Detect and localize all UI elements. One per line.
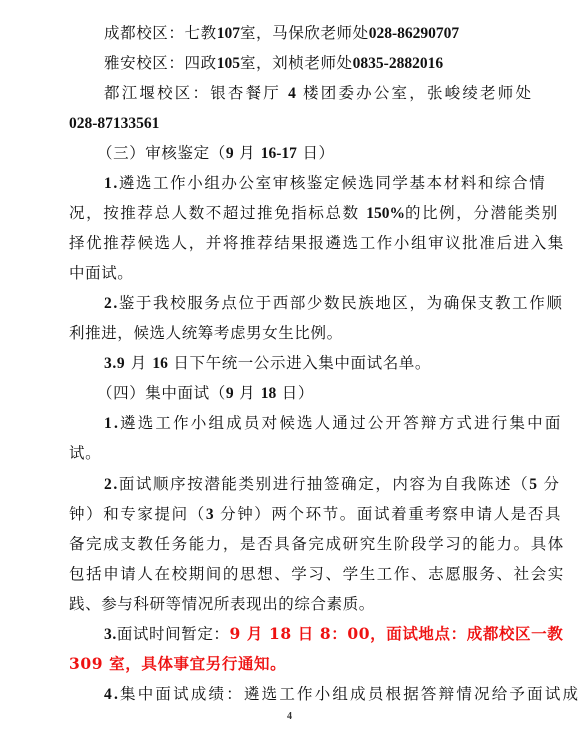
section4-item3-line1: 3.面试时间暂定：9 月 18 日 8：00，面试地点：成都校区一教 [104, 624, 563, 645]
heading-number: 9 [226, 385, 234, 402]
heading-text: （三）审核鉴定（ [97, 144, 226, 162]
section4-item4-line1: 4.集中面试成绩：遴选工作小组成员根据答辩情况给予面试成 [104, 684, 580, 705]
section3-item1-line4: 中面试。 [69, 263, 133, 283]
section3-item2-line1: 2.鉴于我校服务点位于西部少数民族地区，为确保支教工作顺 [104, 293, 563, 314]
section3-item1-line2: 况，按推荐总人数不超过推免指标总数 150%的比例，分潜能类别 [69, 203, 559, 224]
room-number: 105 [217, 55, 240, 72]
contact-yaan: 雅安校区：四政105室，刘桢老师处0835-2882016 [104, 53, 443, 74]
paragraph-text: 鉴于我校服务点位于西部少数民族地区，为确保支教工作顺 [119, 294, 564, 312]
item-number: 1. [104, 415, 120, 432]
paragraph-text: 备完成支教任务能力，是否具备完成研究生阶段学习的能力。具体 [69, 535, 565, 553]
paragraph-text: 的比例，分潜能类别 [405, 204, 559, 222]
contact-label: 成都校区：七教 [104, 24, 217, 42]
item-number: 2. [104, 295, 119, 312]
percentage: 150% [366, 205, 405, 222]
heading-text: 月 [239, 384, 255, 402]
paragraph-text: 分钟）两个环节。面试着重考察申请人是否具 [220, 505, 562, 523]
paragraph-text: 日下午统一公示进入集中面试名单。 [173, 354, 431, 372]
paragraph-text: 利推进，候选人统筹考虑男女生比例。 [69, 324, 343, 342]
highlighted-schedule: 9 月 18 日 8：00，面试地点：成都校区一教 [230, 624, 564, 643]
contact-label: 都江堰校区：银杏餐厅 [104, 84, 281, 102]
contact-text: 室，刘桢老师处 [240, 54, 353, 72]
contact-dujiangyan: 都江堰校区：银杏餐厅 4 楼团委办公室，张峻绫老师处 [104, 83, 533, 104]
section4-item2-line5: 践、参与科研等情况所表现出的综合素质。 [69, 594, 375, 614]
paragraph-text: 试。 [69, 444, 101, 462]
paragraph-text: 中面试。 [69, 264, 133, 282]
heading-text: （四）集中面试（ [97, 384, 226, 402]
section4-item2-line3: 备完成支教任务能力，是否具备完成研究生阶段学习的能力。具体 [69, 534, 565, 554]
page-number: 4 [287, 711, 292, 722]
section4-item1-line2: 试。 [69, 443, 101, 463]
section3-item1-line3: 择优推荐候选人，并将推荐结果报遴选工作小组审议批准后进入集 [69, 233, 565, 253]
heading-text: 日） [282, 384, 314, 402]
paragraph-text: 遴选工作小组办公室审核鉴定候选同学基本材料和综合情 [119, 174, 547, 192]
paragraph-text: 包括申请人在校期间的思想、学习、学生工作、志愿服务、社会实 [69, 565, 565, 583]
paragraph-text: 钟）和专家提问（ [69, 505, 206, 523]
highlighted-schedule: 309 室，具体事宜另行通知。 [69, 654, 286, 673]
document-page: 成都校区：七教107室，马保欣老师处028-86290707 雅安校区：四政10… [0, 0, 584, 751]
paragraph-text: 集中面试成绩：遴选工作小组成员根据答辩情况给予面试成 [120, 685, 580, 703]
section4-item3-line2: 309 室，具体事宜另行通知。 [69, 654, 286, 674]
minutes-number: 3 [206, 506, 214, 523]
paragraph-text: 面试顺序按潜能类别进行抽签确定，内容为自我陈述（ [119, 475, 529, 493]
section4-item2-line2: 钟）和专家提问（3 分钟）两个环节。面试着重考察申请人是否具 [69, 504, 562, 525]
phone-number: 028-87133561 [69, 115, 159, 132]
minutes-number: 5 [529, 476, 537, 493]
room-number: 107 [217, 25, 240, 42]
item-number: 4. [104, 686, 120, 703]
item-number: 2. [104, 476, 119, 493]
heading-number: 9 [226, 145, 234, 162]
contact-text: 楼团委办公室，张峻绫老师处 [303, 84, 533, 102]
contact-label: 雅安校区：四政 [104, 54, 217, 72]
contact-dujiangyan-phone: 028-87133561 [69, 113, 159, 134]
section3-item3: 3.9 月 16 日下午统一公示进入集中面试名单。 [104, 353, 431, 374]
phone-number: 028-86290707 [369, 25, 459, 42]
paragraph-text: 遴选工作小组成员对候选人通过公开答辩方式进行集中面 [120, 414, 563, 432]
section3-heading: （三）审核鉴定（9 月 16-17 日） [97, 143, 335, 164]
paragraph-text: 月 [131, 354, 147, 372]
phone-number: 0835-2882016 [353, 55, 443, 72]
item-number: 3.9 [104, 355, 125, 372]
contact-text: 室，马保欣老师处 [240, 24, 369, 42]
heading-text: 日） [302, 144, 334, 162]
heading-text: 月 [239, 144, 255, 162]
item-number: 3. [104, 626, 117, 643]
section3-item2-line2: 利推进，候选人统筹考虑男女生比例。 [69, 323, 343, 343]
section3-item1-line1: 1.遴选工作小组办公室审核鉴定候选同学基本材料和综合情 [104, 173, 546, 194]
contact-chengdu: 成都校区：七教107室，马保欣老师处028-86290707 [104, 23, 459, 44]
floor-number: 4 [288, 85, 296, 102]
heading-number: 18 [261, 385, 277, 402]
section4-item1-line1: 1.遴选工作小组成员对候选人通过公开答辩方式进行集中面 [104, 413, 563, 434]
heading-number: 16-17 [261, 145, 297, 162]
paragraph-text: 践、参与科研等情况所表现出的综合素质。 [69, 595, 375, 613]
date-number: 16 [152, 355, 168, 372]
section4-item2-line1: 2.面试顺序按潜能类别进行抽签确定，内容为自我陈述（5 分 [104, 474, 561, 495]
item-number: 1. [104, 175, 119, 192]
section4-item2-line4: 包括申请人在校期间的思想、学习、学生工作、志愿服务、社会实 [69, 564, 565, 584]
paragraph-text: 择优推荐候选人，并将推荐结果报遴选工作小组审议批准后进入集 [69, 234, 565, 252]
paragraph-text: 况，按推荐总人数不超过推免指标总数 [69, 204, 360, 222]
paragraph-text: 面试时间暂定： [117, 625, 230, 643]
section4-heading: （四）集中面试（9 月 18 日） [97, 383, 314, 404]
paragraph-text: 分 [544, 475, 561, 493]
